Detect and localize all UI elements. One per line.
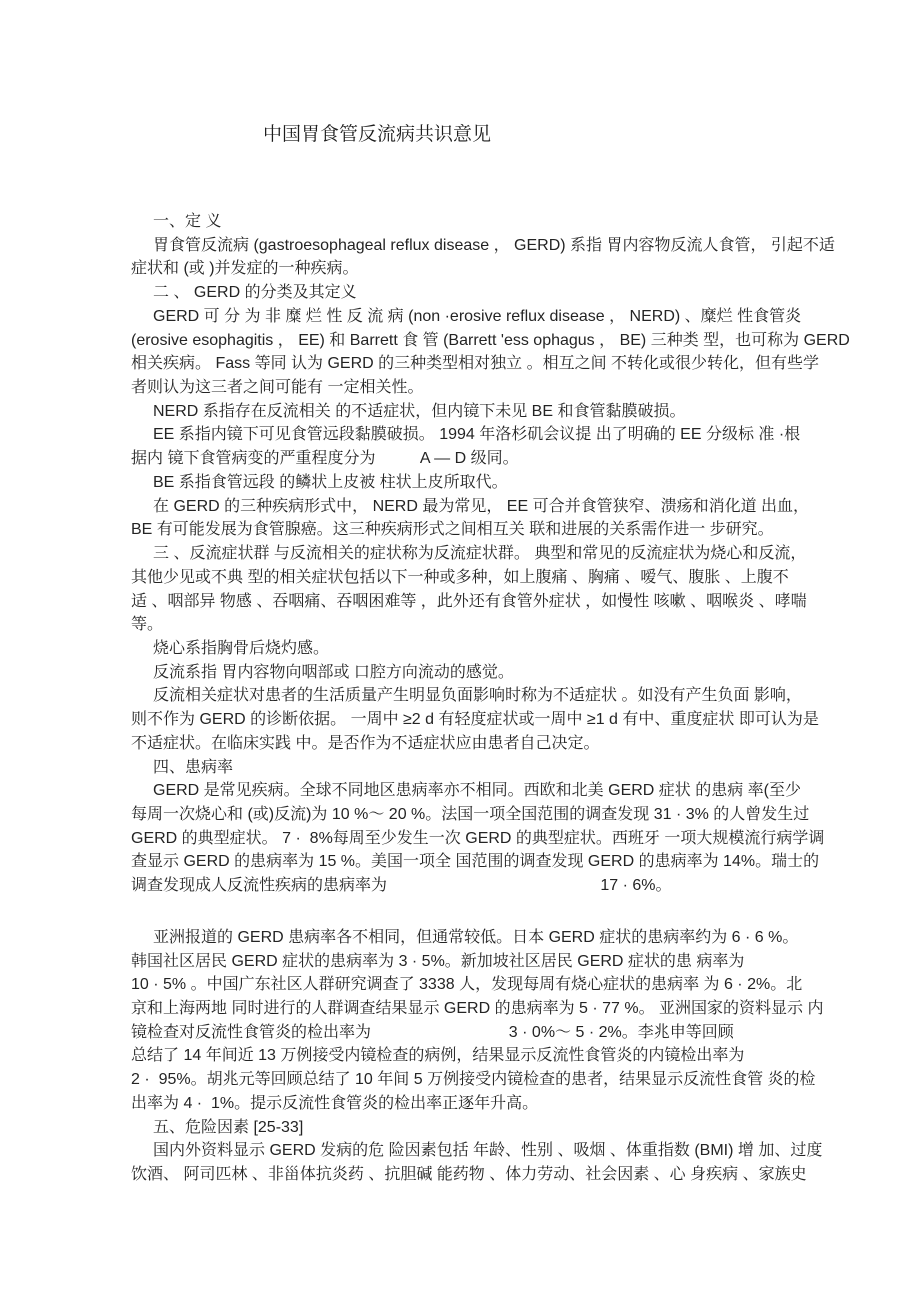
document-line: (erosive esophagitis ， EE) 和 Barrett 食 管… (131, 329, 851, 353)
document-line: 适 、咽部异 物感 、吞咽痛、吞咽困难等 ，此外还有食管外症状 ，如慢性 咳嗽 … (131, 590, 851, 614)
document-body: 一、定 义 胃食管反流病 (gastroesophageal reflux di… (131, 210, 851, 1187)
document-line: 烧心系指胸骨后烧灼感。 (131, 637, 851, 661)
document-line: 每周一次烧心和 (或)反流)为 10 %～ 20 %。法国一项全国范围的调查发现… (131, 803, 851, 827)
document-line: NERD 系指存在反流相关 的不适症状，但内镜下未见 BE 和食管黏膜破损。 (131, 400, 851, 424)
document-line: 二 、 GERD 的分类及其定义 (131, 281, 851, 305)
document-line: 四、患病率 (131, 756, 851, 780)
document-line: 查显示 GERD 的患病率为 15 %。美国一项全 国范围的调查发现 GERD … (131, 850, 851, 874)
document-line: 三 、反流症状群 与反流相关的症状称为反流症状群。 典型和常见的反流症状为烧心和… (131, 542, 851, 566)
document-line: GERD 的典型症状。 7 · 8%每周至少发生一次 GERD 的典型症状。西班… (131, 827, 851, 851)
document-page: 中国胃食管反流病共识意见 一、定 义 胃食管反流病 (gastroesophag… (0, 0, 920, 1303)
document-line: 韩国社区居民 GERD 症状的患病率为 3 · 5%。新加坡社区居民 GERD … (131, 950, 851, 974)
document-line: GERD 是常见疾病。全球不同地区患病率亦不相同。西欧和北美 GERD 症状 的… (131, 779, 851, 803)
document-line: 国内外资料显示 GERD 发病的危 险因素包括 年龄、性别 、吸烟 、体重指数 … (131, 1139, 851, 1163)
document-line: 等。 (131, 613, 851, 637)
document-line: BE 有可能发展为食管腺癌。这三种疾病形式之间相互关 联和进展的关系需作进一 步… (131, 518, 851, 542)
document-line: 则不作为 GERD 的诊断依据。 一周中 ≥2 d 有轻度症状或一周中 ≥1 d… (131, 708, 851, 732)
document-line: 其他少见或不典 型的相关症状包括以下一种或多种，如上腹痛 、胸痛 、嗳气、腹胀 … (131, 566, 851, 590)
document-line: 相关疾病。 Fass 等同 认为 GERD 的三种类型相对独立 。相互之间 不转… (131, 352, 851, 376)
document-line: 者则认为这三者之间可能有 一定相关性。 (131, 376, 851, 400)
document-line: EE 系指内镜下可见食管远段黏膜破损。 1994 年洛杉矶会议提 出了明确的 E… (131, 423, 851, 447)
document-line: GERD 可 分 为 非 糜 烂 性 反 流 病 (non ·erosive r… (131, 305, 851, 329)
document-line: 总结了 14 年间近 13 万例接受内镜检查的病例，结果显示反流性食管炎的内镜检… (131, 1044, 851, 1068)
document-line: 在 GERD 的三种疾病形式中， NERD 最为常见， EE 可合并食管狭窄、溃… (131, 495, 851, 519)
document-line: 京和上海两地 同时进行的人群调查结果显示 GERD 的患病率为 5 · 77 %… (131, 997, 851, 1021)
document-line: 不适症状。在临床实践 中。是否作为不适症状应由患者自己决定。 (131, 732, 851, 756)
document-line: 胃食管反流病 (gastroesophageal reflux disease … (131, 234, 851, 258)
paragraph-gap (131, 898, 851, 926)
document-line: 出率为 4 · 1%。提示反流性食管炎的检出率正逐年升高。 (131, 1092, 851, 1116)
document-line: 反流系指 胃内容物向咽部或 口腔方向流动的感觉。 (131, 661, 851, 685)
document-title: 中国胃食管反流病共识意见 (263, 123, 491, 147)
document-line: 调查发现成人反流性疾病的患病率为 17 · 6%。 (131, 874, 851, 898)
document-line: 10 · 5% 。中国广东社区人群研究调查了 3338 人，发现每周有烧心症状的… (131, 973, 851, 997)
document-line: 饮酒、 阿司匹林 、非甾体抗炎药 、抗胆碱 能药物 、体力劳动、社会因素 、心 … (131, 1163, 851, 1187)
document-line: BE 系指食管远段 的鳞状上皮被 柱状上皮所取代。 (131, 471, 851, 495)
document-line: 据内 镜下食管病变的严重程度分为 A — D 级同。 (131, 447, 851, 471)
document-line: 亚洲报道的 GERD 患病率各不相同，但通常较低。日本 GERD 症状的患病率约… (131, 926, 851, 950)
document-line: 症状和 (或 )并发症的一种疾病。 (131, 257, 851, 281)
document-line: 2 · 95%。胡兆元等回顾总结了 10 年间 5 万例接受内镜检查的患者，结果… (131, 1068, 851, 1092)
document-line: 镜检查对反流性食管炎的检出率为 3 · 0%～ 5 · 2%。李兆申等回顾 (131, 1021, 851, 1045)
document-line: 五、危险因素 [25-33] (131, 1116, 851, 1140)
document-line: 反流相关症状对患者的生活质量产生明显负面影响时称为不适症状 。如没有产生负面 影… (131, 684, 851, 708)
document-line: 一、定 义 (131, 210, 851, 234)
